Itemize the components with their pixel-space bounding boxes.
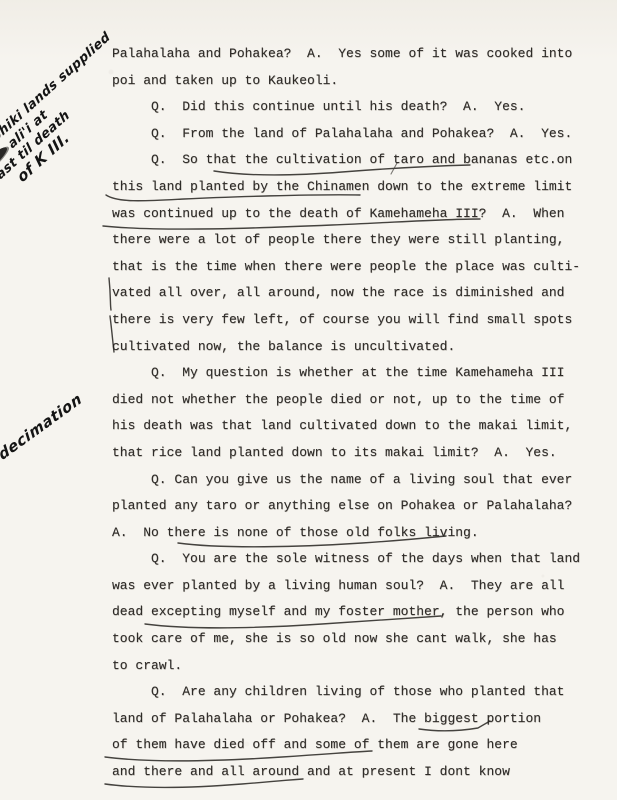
typed-line: A. No there is none of those old folks l…	[112, 520, 612, 547]
typed-line: and there and all around and at present …	[112, 759, 612, 786]
typed-line: that is the time when there were people …	[112, 254, 612, 281]
margin-vertical-line	[109, 278, 111, 310]
typed-line: Q. You are the sole witness of the days …	[112, 546, 612, 573]
typed-line: Q. Did this continue until his death? A.…	[112, 94, 612, 121]
typed-line: Q. From the land of Palahalaha and Pohak…	[112, 121, 612, 148]
typed-line: Palahalaha and Pohakea? A. Yes some of i…	[112, 41, 612, 68]
handwritten-note-decimation: decimation	[0, 389, 85, 464]
typed-line: Q. So that the cultivation of taro and b…	[112, 147, 612, 174]
typed-line: land of Palahalaha or Pohakea? A. The bi…	[112, 706, 612, 733]
typed-line: Q. Are any children living of those who …	[112, 679, 612, 706]
typed-line: vated all over, all around, now the race…	[112, 280, 612, 307]
typed-line: there were a lot of people there they we…	[112, 227, 612, 254]
typed-line: Q. Can you give us the name of a living …	[112, 467, 612, 494]
typed-line: that rice land planted down to its makai…	[112, 440, 612, 467]
typed-line: died not whether the people died or not,…	[112, 387, 612, 414]
typed-line: this land planted by the Chinamen down t…	[112, 174, 612, 201]
typed-line: to crawl.	[112, 653, 612, 680]
typed-line: there is very few left, of course you wi…	[112, 307, 612, 334]
typed-line: took care of me, she is so old now she c…	[112, 626, 612, 653]
typed-line: dead excepting myself and my foster moth…	[112, 599, 612, 626]
typed-line: his death was that land cultivated down …	[112, 413, 612, 440]
document-scan-page: Palahalaha and Pohakea? A. Yes some of i…	[0, 0, 617, 800]
typed-line: planted any taro or anything else on Poh…	[112, 493, 612, 520]
typed-line: cultivated now, the balance is uncultiva…	[112, 334, 612, 361]
typed-line: was continued up to the death of Kameham…	[112, 201, 612, 228]
typed-line: Q. My question is whether at the time Ka…	[112, 360, 612, 387]
typed-line: poi and taken up to Kaukeoli.	[112, 68, 612, 95]
typed-line: was ever planted by a living human soul?…	[112, 573, 612, 600]
typed-line: of them have died off and some of them a…	[112, 732, 612, 759]
typed-text-block: Palahalaha and Pohakea? A. Yes some of i…	[112, 41, 612, 786]
